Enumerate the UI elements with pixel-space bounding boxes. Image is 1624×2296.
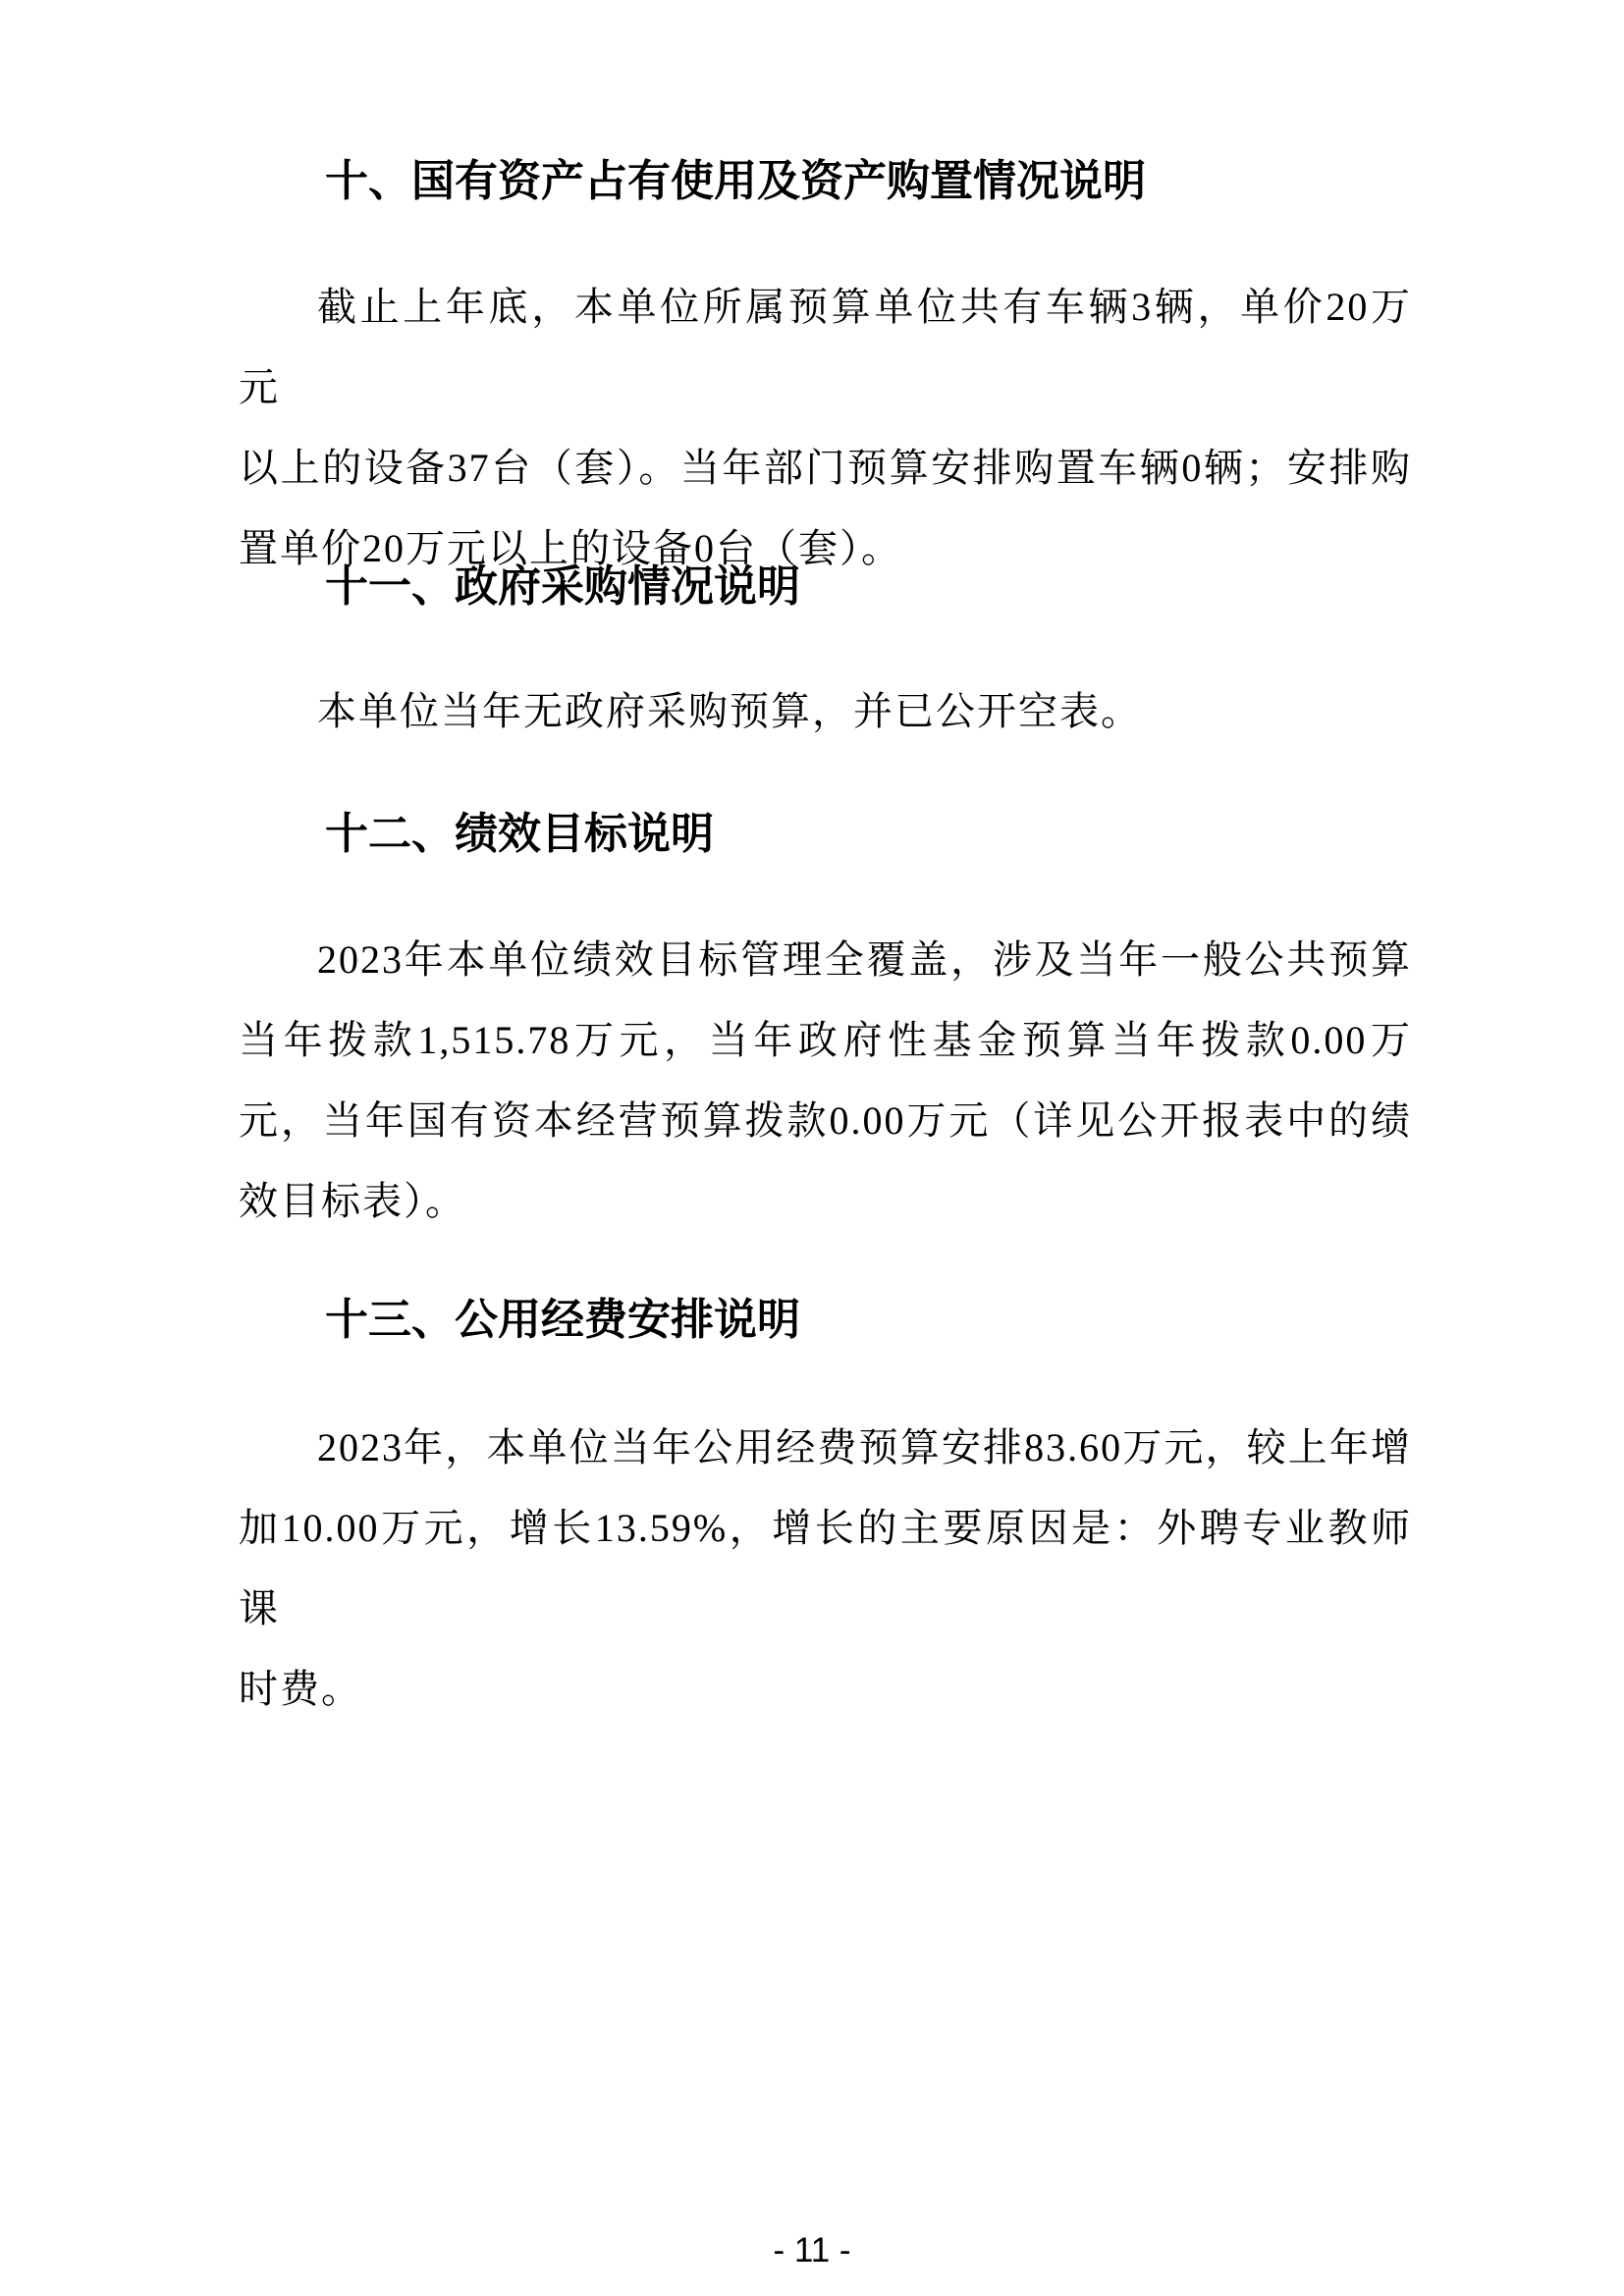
body-text-line: 本单位当年无政府采购预算，并已公开空表。 <box>239 671 1412 752</box>
body-text-line: 以上的设备37台（套）。当年部门预算安排购置车辆0辆；安排购 <box>239 428 1412 508</box>
section-11-paragraph: 本单位当年无政府采购预算，并已公开空表。 <box>239 671 1412 752</box>
document-page: 十、国有资产占有使用及资产购置情况说明 截止上年底，本单位所属预算单位共有车辆3… <box>0 0 1624 2296</box>
section-13-paragraph: 2023年，本单位当年公用经费预算安排83.60万元，较上年增 加10.00万元… <box>239 1408 1412 1730</box>
body-text-line: 2023年，本单位当年公用经费预算安排83.60万元，较上年增 <box>239 1408 1412 1488</box>
section-10-heading: 十、国有资产占有使用及资产购置情况说明 <box>239 154 1412 209</box>
body-text-line: 效目标表）。 <box>239 1161 1412 1242</box>
section-12-heading: 十二、绩效目标说明 <box>239 807 1412 862</box>
page-content: 十、国有资产占有使用及资产购置情况说明 截止上年底，本单位所属预算单位共有车辆3… <box>239 0 1412 2296</box>
body-text-line: 2023年本单位绩效目标管理全覆盖，涉及当年一般公共预算 <box>239 920 1412 1000</box>
section-10-paragraph: 截止上年底，本单位所属预算单位共有车辆3辆，单价20万元 以上的设备37台（套）… <box>239 267 1412 589</box>
body-text-line: 加10.00万元，增长13.59%，增长的主要原因是：外聘专业教师课 <box>239 1488 1412 1649</box>
body-text-line: 当年拨款1,515.78万元，当年政府性基金预算当年拨款0.00万 <box>239 1000 1412 1081</box>
body-text-line: 时费。 <box>239 1649 1412 1730</box>
section-12-paragraph: 2023年本单位绩效目标管理全覆盖，涉及当年一般公共预算 当年拨款1,515.7… <box>239 920 1412 1242</box>
section-11-heading: 十一、政府采购情况说明 <box>239 560 1412 614</box>
body-text-line: 元，当年国有资本经营预算拨款0.00万元（详见公开报表中的绩 <box>239 1081 1412 1161</box>
page-number: - 11 - <box>0 2230 1624 2271</box>
section-13-heading: 十三、公用经费安排说明 <box>239 1293 1412 1348</box>
body-text-line: 截止上年底，本单位所属预算单位共有车辆3辆，单价20万元 <box>239 267 1412 428</box>
